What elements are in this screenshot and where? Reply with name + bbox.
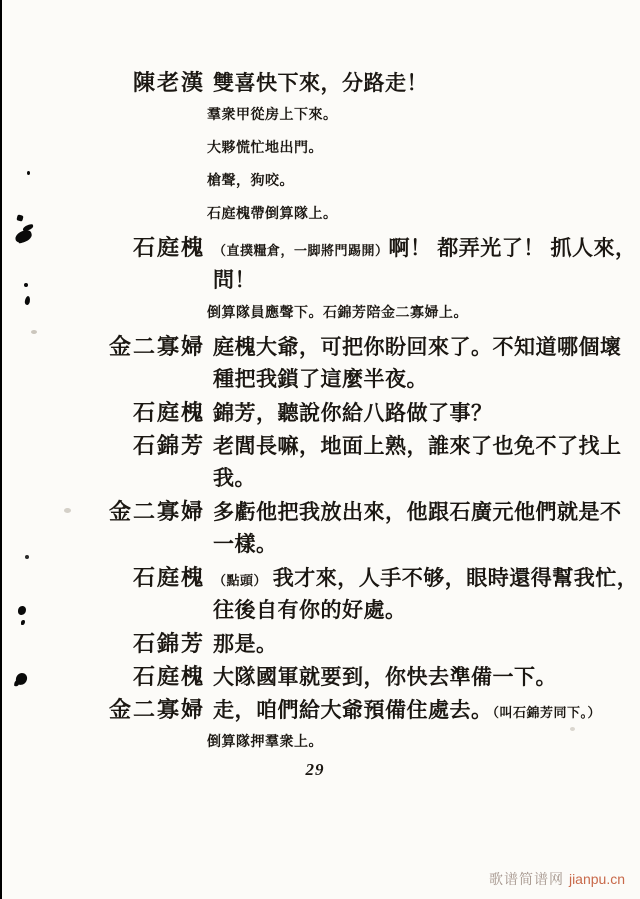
stage-direction-text: 羣衆甲從房上下來。 <box>207 99 338 132</box>
dialogue-segment: 種把我鎖了這麼半夜。 <box>213 367 428 391</box>
dialogue-row: 石錦芳那是。 <box>95 627 610 660</box>
dialogue-text: 庭槐大爺，可把你盼回來了。不知道哪個壞 <box>213 331 622 366</box>
scan-edge-line <box>0 0 2 899</box>
dialogue-row: 石庭槐錦芳，聽說你給八路做了事？ <box>95 396 610 429</box>
stage-note-inline: （叫石錦芳同下。） <box>493 705 602 720</box>
dialogue-text: 種把我鎖了這麼半夜。 <box>213 363 428 398</box>
stage-direction-text: 槍聲，狗咬。 <box>207 165 294 198</box>
dialogue-row: 一樣。 <box>95 528 610 561</box>
watermark-site-name: 歌谱简谱网 <box>489 871 564 887</box>
dialogue-segment: 庭槐大爺，可把你盼回來了。不知道哪個壞 <box>213 335 622 359</box>
dialogue-row: 陳老漢雙喜快下來，分路走！ <box>95 66 610 99</box>
speaker-name: 陳老漢 <box>95 66 205 99</box>
dialogue-row: 石庭槐（點頭） 我才來，人手不够，眼時還得幫我忙， <box>95 561 610 594</box>
dialogue-row: 金二寡婦庭槐大爺，可把你盼回來了。不知道哪個壞 <box>95 330 610 363</box>
dialogue-row: 石錦芳老閭長嘛，地面上熟，誰來了也免不了找上 <box>95 429 610 462</box>
ink-speck <box>24 296 30 306</box>
speaker-name: 石庭槐 <box>95 231 205 264</box>
dialogue-segment: 走，咱們給大爺預備住處去。 <box>213 698 493 722</box>
stage-direction-text: 倒算隊員應聲下。石錦芳陪金二寡婦上。 <box>207 297 468 330</box>
stage-direction-text: 石庭槐帶倒算隊上。 <box>207 198 338 231</box>
dialogue-row: 金二寡婦走，咱們給大爺預備住處去。（叫石錦芳同下。） <box>95 693 610 726</box>
speaker-name: 石庭槐 <box>95 396 205 429</box>
watermark: 歌谱简谱网jianpu.cn <box>489 869 625 889</box>
ink-smudge <box>18 606 26 615</box>
speaker-name: 金二寡婦 <box>95 495 205 528</box>
ink-speck <box>16 214 23 221</box>
watermark-site-url: jianpu.cn <box>569 871 625 887</box>
dialogue-text: 往後自有你的好處。 <box>213 594 407 629</box>
dialogue-row: 我。 <box>95 462 610 495</box>
speaker-name: 金二寡婦 <box>95 330 205 363</box>
stage-direction-row: 石庭槐帶倒算隊上。 <box>95 198 610 231</box>
speaker-name: 金二寡婦 <box>95 693 205 726</box>
stage-direction-row: 倒算隊員應聲下。石錦芳陪金二寡婦上。 <box>95 297 610 330</box>
dialogue-text: （點頭） 我才來，人手不够，眼時還得幫我忙， <box>213 562 638 597</box>
ink-faint-smudge <box>64 508 71 513</box>
dialogue-text: 多虧他把我放出來，他跟石廣元他們就是不 <box>213 496 622 531</box>
dialogue-segment: 多虧他把我放出來，他跟石廣元他們就是不 <box>213 500 622 524</box>
dialogue-row: 問！ <box>95 264 610 297</box>
ink-speck <box>27 171 30 175</box>
dialogue-text: 雙喜快下來，分路走！ <box>213 67 428 102</box>
dialogue-row: 種把我鎖了這麼半夜。 <box>95 363 610 396</box>
speaker-name: 石庭槐 <box>95 561 205 594</box>
stage-direction-row: 羣衆甲從房上下來。 <box>95 99 610 132</box>
scanned-script-page: 陳老漢雙喜快下來，分路走！羣衆甲從房上下來。大夥慌忙地出門。槍聲，狗咬。石庭槐帶… <box>0 0 640 899</box>
ink-speck <box>24 283 28 287</box>
dialogue-text: 問！ <box>213 264 256 299</box>
dialogue-text: 走，咱們給大爺預備住處去。（叫石錦芳同下。） <box>213 694 601 729</box>
dialogue-row: 金二寡婦多虧他把我放出來，他跟石廣元他們就是不 <box>95 495 610 528</box>
stage-direction-row: 倒算隊押羣衆上。 <box>95 726 610 759</box>
stage-note-inline: （點頭） <box>213 573 267 588</box>
dialogue-segment: 問！ <box>213 268 256 292</box>
dialogue-row: 往後自有你的好處。 <box>95 594 610 627</box>
dialogue-text: 大隊國軍就要到，你快去準備一下。 <box>213 661 557 696</box>
stage-direction-text: 大夥慌忙地出門。 <box>207 132 323 165</box>
stage-direction-row: 槍聲，狗咬。 <box>95 165 610 198</box>
dialogue-segment: 大隊國軍就要到，你快去準備一下。 <box>213 665 557 689</box>
dialogue-segment: 啊！ 都弄光了！ 抓人來， <box>389 236 637 260</box>
speaker-name: 石庭槐 <box>95 660 205 693</box>
script-body: 陳老漢雙喜快下來，分路走！羣衆甲從房上下來。大夥慌忙地出門。槍聲，狗咬。石庭槐帶… <box>95 66 610 759</box>
dialogue-segment: 錦芳，聽說你給八路做了事？ <box>213 401 493 425</box>
dialogue-text: 那是。 <box>213 628 278 663</box>
dialogue-segment: 我。 <box>213 466 256 490</box>
dialogue-segment: 一樣。 <box>213 532 278 556</box>
dialogue-segment: 老閭長嘛，地面上熟，誰來了也免不了找上 <box>213 434 622 458</box>
ink-smudge <box>15 672 28 685</box>
dialogue-row: 石庭槐大隊國軍就要到，你快去準備一下。 <box>95 660 610 693</box>
speaker-name: 石錦芳 <box>95 429 205 462</box>
dialogue-row: 石庭槐（直撲糧倉，一脚將門踢開）啊！ 都弄光了！ 抓人來， <box>95 231 610 264</box>
dialogue-text: 老閭長嘛，地面上熟，誰來了也免不了找上 <box>213 430 622 465</box>
dialogue-segment: 我才來，人手不够，眼時還得幫我忙， <box>267 566 638 590</box>
dialogue-segment: 往後自有你的好處。 <box>213 598 407 622</box>
stage-direction-row: 大夥慌忙地出門。 <box>95 132 610 165</box>
dialogue-text: （直撲糧倉，一脚將門踢開）啊！ 都弄光了！ 抓人來， <box>213 232 637 267</box>
ink-smudge <box>14 229 34 245</box>
stage-note-inline: （直撲糧倉，一脚將門踢開） <box>213 243 389 258</box>
dialogue-text: 一樣。 <box>213 528 278 563</box>
stage-direction-text: 倒算隊押羣衆上。 <box>207 726 323 759</box>
ink-faint-smudge <box>31 330 37 334</box>
dialogue-text: 我。 <box>213 462 256 497</box>
dialogue-text: 錦芳，聽說你給八路做了事？ <box>213 397 493 432</box>
dialogue-segment: 那是。 <box>213 632 278 656</box>
speaker-name: 石錦芳 <box>95 627 205 660</box>
page-number: 29 <box>95 760 535 780</box>
ink-speck <box>25 555 29 559</box>
dialogue-segment: 雙喜快下來，分路走！ <box>213 71 428 95</box>
